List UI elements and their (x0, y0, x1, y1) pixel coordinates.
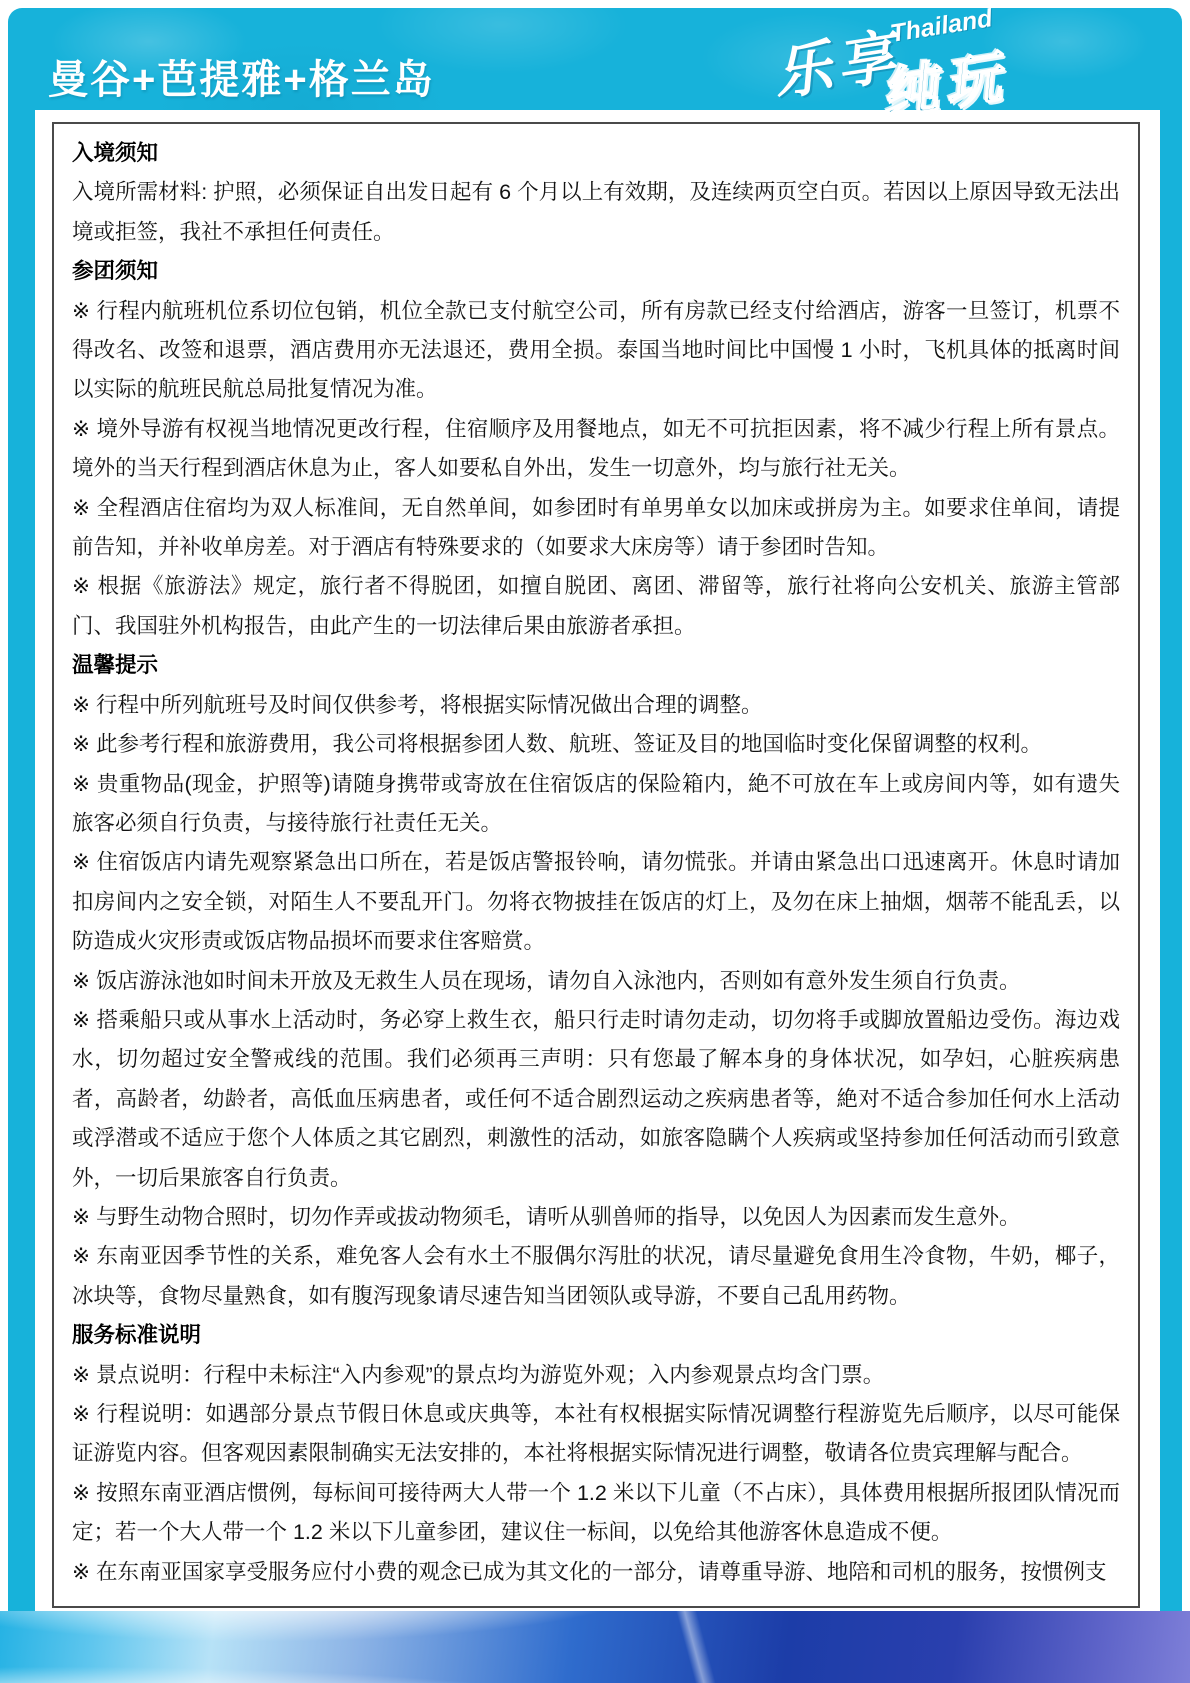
section-heading: 入境须知 (72, 134, 1120, 173)
notice-item: ※ 住宿饭店内请先观察紧急出口所在，若是饭店警报铃响，请勿慌张。并请由紧急出口迅… (72, 843, 1120, 961)
notice-item: ※ 搭乘船只或从事水上活动时，务必穿上救生衣，船只行走时请勿走动，切勿将手或脚放… (72, 1001, 1120, 1198)
notice-item: ※ 行程内航班机位系切位包销，机位全款已支付航空公司，所有房款已经支付给酒店，游… (72, 292, 1120, 410)
notice-item: 入境所需材料: 护照，必须保证自出发日起有 6 个月以上有效期，及连续两页空白页… (72, 173, 1120, 252)
notice-item: ※ 饭店游泳池如时间未开放及无救生人员在现场，请勿自入泳池内，否则如有意外发生须… (72, 962, 1120, 1001)
section-heading: 温馨提示 (72, 646, 1120, 685)
notice-item: ※ 此参考行程和旅游费用，我公司将根据参团人数、航班、签证及目的地国临时变化保留… (72, 725, 1120, 764)
notice-item: ※ 在东南亚国家享受服务应付小费的观念已成为其文化的一部分，请尊重导游、地陪和司… (72, 1553, 1120, 1592)
section-heading: 服务标准说明 (72, 1316, 1120, 1355)
notice-item: ※ 全程酒店住宿均为双人标准间，无自然单间，如参团时有单男单女以加床或拼房为主。… (72, 489, 1120, 568)
footer-wave-banner (0, 1611, 1190, 1683)
notice-item: ※ 境外导游有权视当地情况更改行程，住宿顺序及用餐地点，如无不可抗拒因素，将不减… (72, 410, 1120, 489)
brand-logo: 乐享 Thailand 纯玩 (772, 4, 1042, 108)
notice-sections: 入境须知入境所需材料: 护照，必须保证自出发日起有 6 个月以上有效期，及连续两… (72, 134, 1120, 1592)
notice-item: ※ 与野生动物合照时，切勿作弄或拔动物须毛，请听从驯兽师的指导，以免因人为因素而… (72, 1198, 1120, 1237)
notice-item: ※ 根据《旅游法》规定，旅行者不得脱团，如擅自脱团、离团、滞留等，旅行社将向公安… (72, 567, 1120, 646)
notice-card: 入境须知入境所需材料: 护照，必须保证自出发日起有 6 个月以上有效期，及连续两… (52, 122, 1140, 1608)
notice-item: ※ 行程说明：如遇部分景点节假日休息或庆典等，本社有权根据实际情况调整行程游览先… (72, 1395, 1120, 1474)
notice-item: ※ 东南亚因季节性的关系，难免客人会有水土不服偶尔泻肚的状况，请尽量避免食用生冷… (72, 1237, 1120, 1316)
header: 曼谷+芭提雅+格兰岛 乐享 Thailand 纯玩 (0, 0, 1190, 110)
page: 曼谷+芭提雅+格兰岛 乐享 Thailand 纯玩 入境须知入境所需材料: 护照… (0, 0, 1190, 1683)
section-heading: 参团须知 (72, 252, 1120, 291)
notice-item: ※ 按照东南亚酒店惯例，每标间可接待两大人带一个 1.2 米以下儿童（不占床），… (72, 1474, 1120, 1553)
notice-item: ※ 景点说明：行程中未标注“入内参观”的景点均为游览外观；入内参观景点均含门票。 (72, 1356, 1120, 1395)
notice-item: ※ 贵重物品(现金，护照等)请随身携带或寄放在住宿饭店的保险箱内，絶不可放在车上… (72, 765, 1120, 844)
notice-item: ※ 行程中所列航班号及时间仅供参考，将根据实际情况做出合理的调整。 (72, 686, 1120, 725)
page-title: 曼谷+芭提雅+格兰岛 (48, 48, 435, 105)
